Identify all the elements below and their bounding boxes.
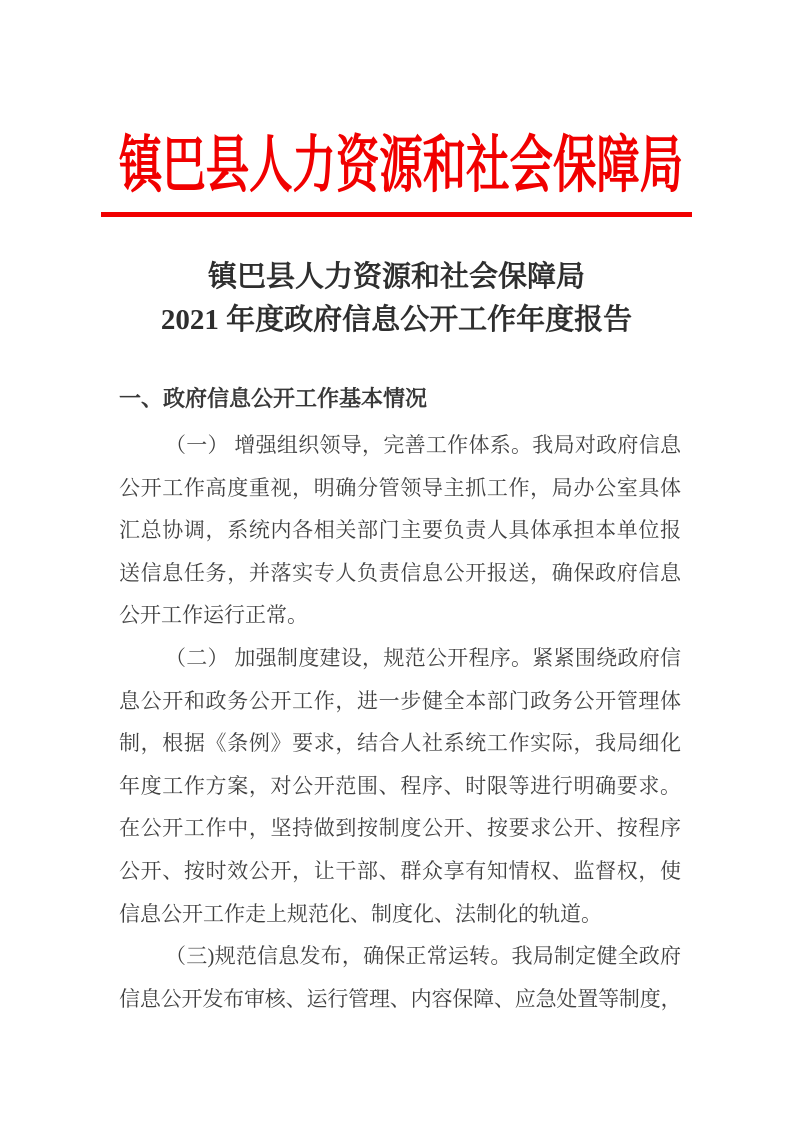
text-line: 信息公开发布审核、运行管理、内容保障、应急处置等制度， bbox=[119, 978, 681, 1021]
document-title-line-1: 镇巴县人力资源和社会保障局 bbox=[0, 256, 793, 299]
text-line: 送信息任务，并落实专人负责信息公开报送，确保政府信息 bbox=[119, 552, 681, 595]
paragraph-1: （一） 增强组织领导，完善工作体系。我局对政府信息公开工作高度重视，明确分管领导… bbox=[119, 424, 681, 637]
text-line: 息公开和政务公开工作，进一步健全本部门政务公开管理体 bbox=[119, 680, 681, 723]
text-line: 信息公开工作走上规范化、制度化、法制化的轨道。 bbox=[119, 893, 681, 936]
text-line: （二） 加强制度建设，规范公开程序。紧紧围绕政府信 bbox=[119, 637, 681, 680]
document-body: 一、政府信息公开工作基本情况 （一） 增强组织领导，完善工作体系。我局对政府信息… bbox=[119, 377, 681, 1020]
document-title-line-2: 2021 年度政府信息公开工作年度报告 bbox=[0, 299, 793, 342]
text-line: 公开、按时效公开，让干部、群众享有知情权、监督权，使 bbox=[119, 850, 681, 893]
text-line: （三)规范信息发布，确保正常运转。我局制定健全政府 bbox=[119, 935, 681, 978]
text-line: 公开工作高度重视，明确分管领导主抓工作，局办公室具体 bbox=[119, 467, 681, 510]
document-title: 镇巴县人力资源和社会保障局 2021 年度政府信息公开工作年度报告 bbox=[0, 256, 793, 342]
document-page: 镇巴县人力资源和社会保障局 镇巴县人力资源和社会保障局 2021 年度政府信息公… bbox=[0, 0, 793, 1122]
text-line: 公开工作运行正常。 bbox=[119, 594, 681, 637]
paragraph-3: （三)规范信息发布，确保正常运转。我局制定健全政府信息公开发布审核、运行管理、内… bbox=[119, 935, 681, 1020]
letterhead-divider bbox=[101, 212, 692, 217]
letterhead-title: 镇巴县人力资源和社会保障局 bbox=[119, 126, 674, 206]
text-line: 年度工作方案，对公开范围、程序、时限等进行明确要求。 bbox=[119, 765, 681, 808]
text-line: 汇总协调，系统内各相关部门主要负责人具体承担本单位报 bbox=[119, 509, 681, 552]
text-line: （一） 增强组织领导，完善工作体系。我局对政府信息 bbox=[119, 424, 681, 467]
paragraph-2: （二） 加强制度建设，规范公开程序。紧紧围绕政府信息公开和政务公开工作，进一步健… bbox=[119, 637, 681, 935]
text-line: 制，根据《条例》要求，结合人社系统工作实际，我局细化 bbox=[119, 722, 681, 765]
text-line: 在公开工作中，坚持做到按制度公开、按要求公开、按程序 bbox=[119, 807, 681, 850]
section-heading: 一、政府信息公开工作基本情况 bbox=[119, 377, 681, 420]
